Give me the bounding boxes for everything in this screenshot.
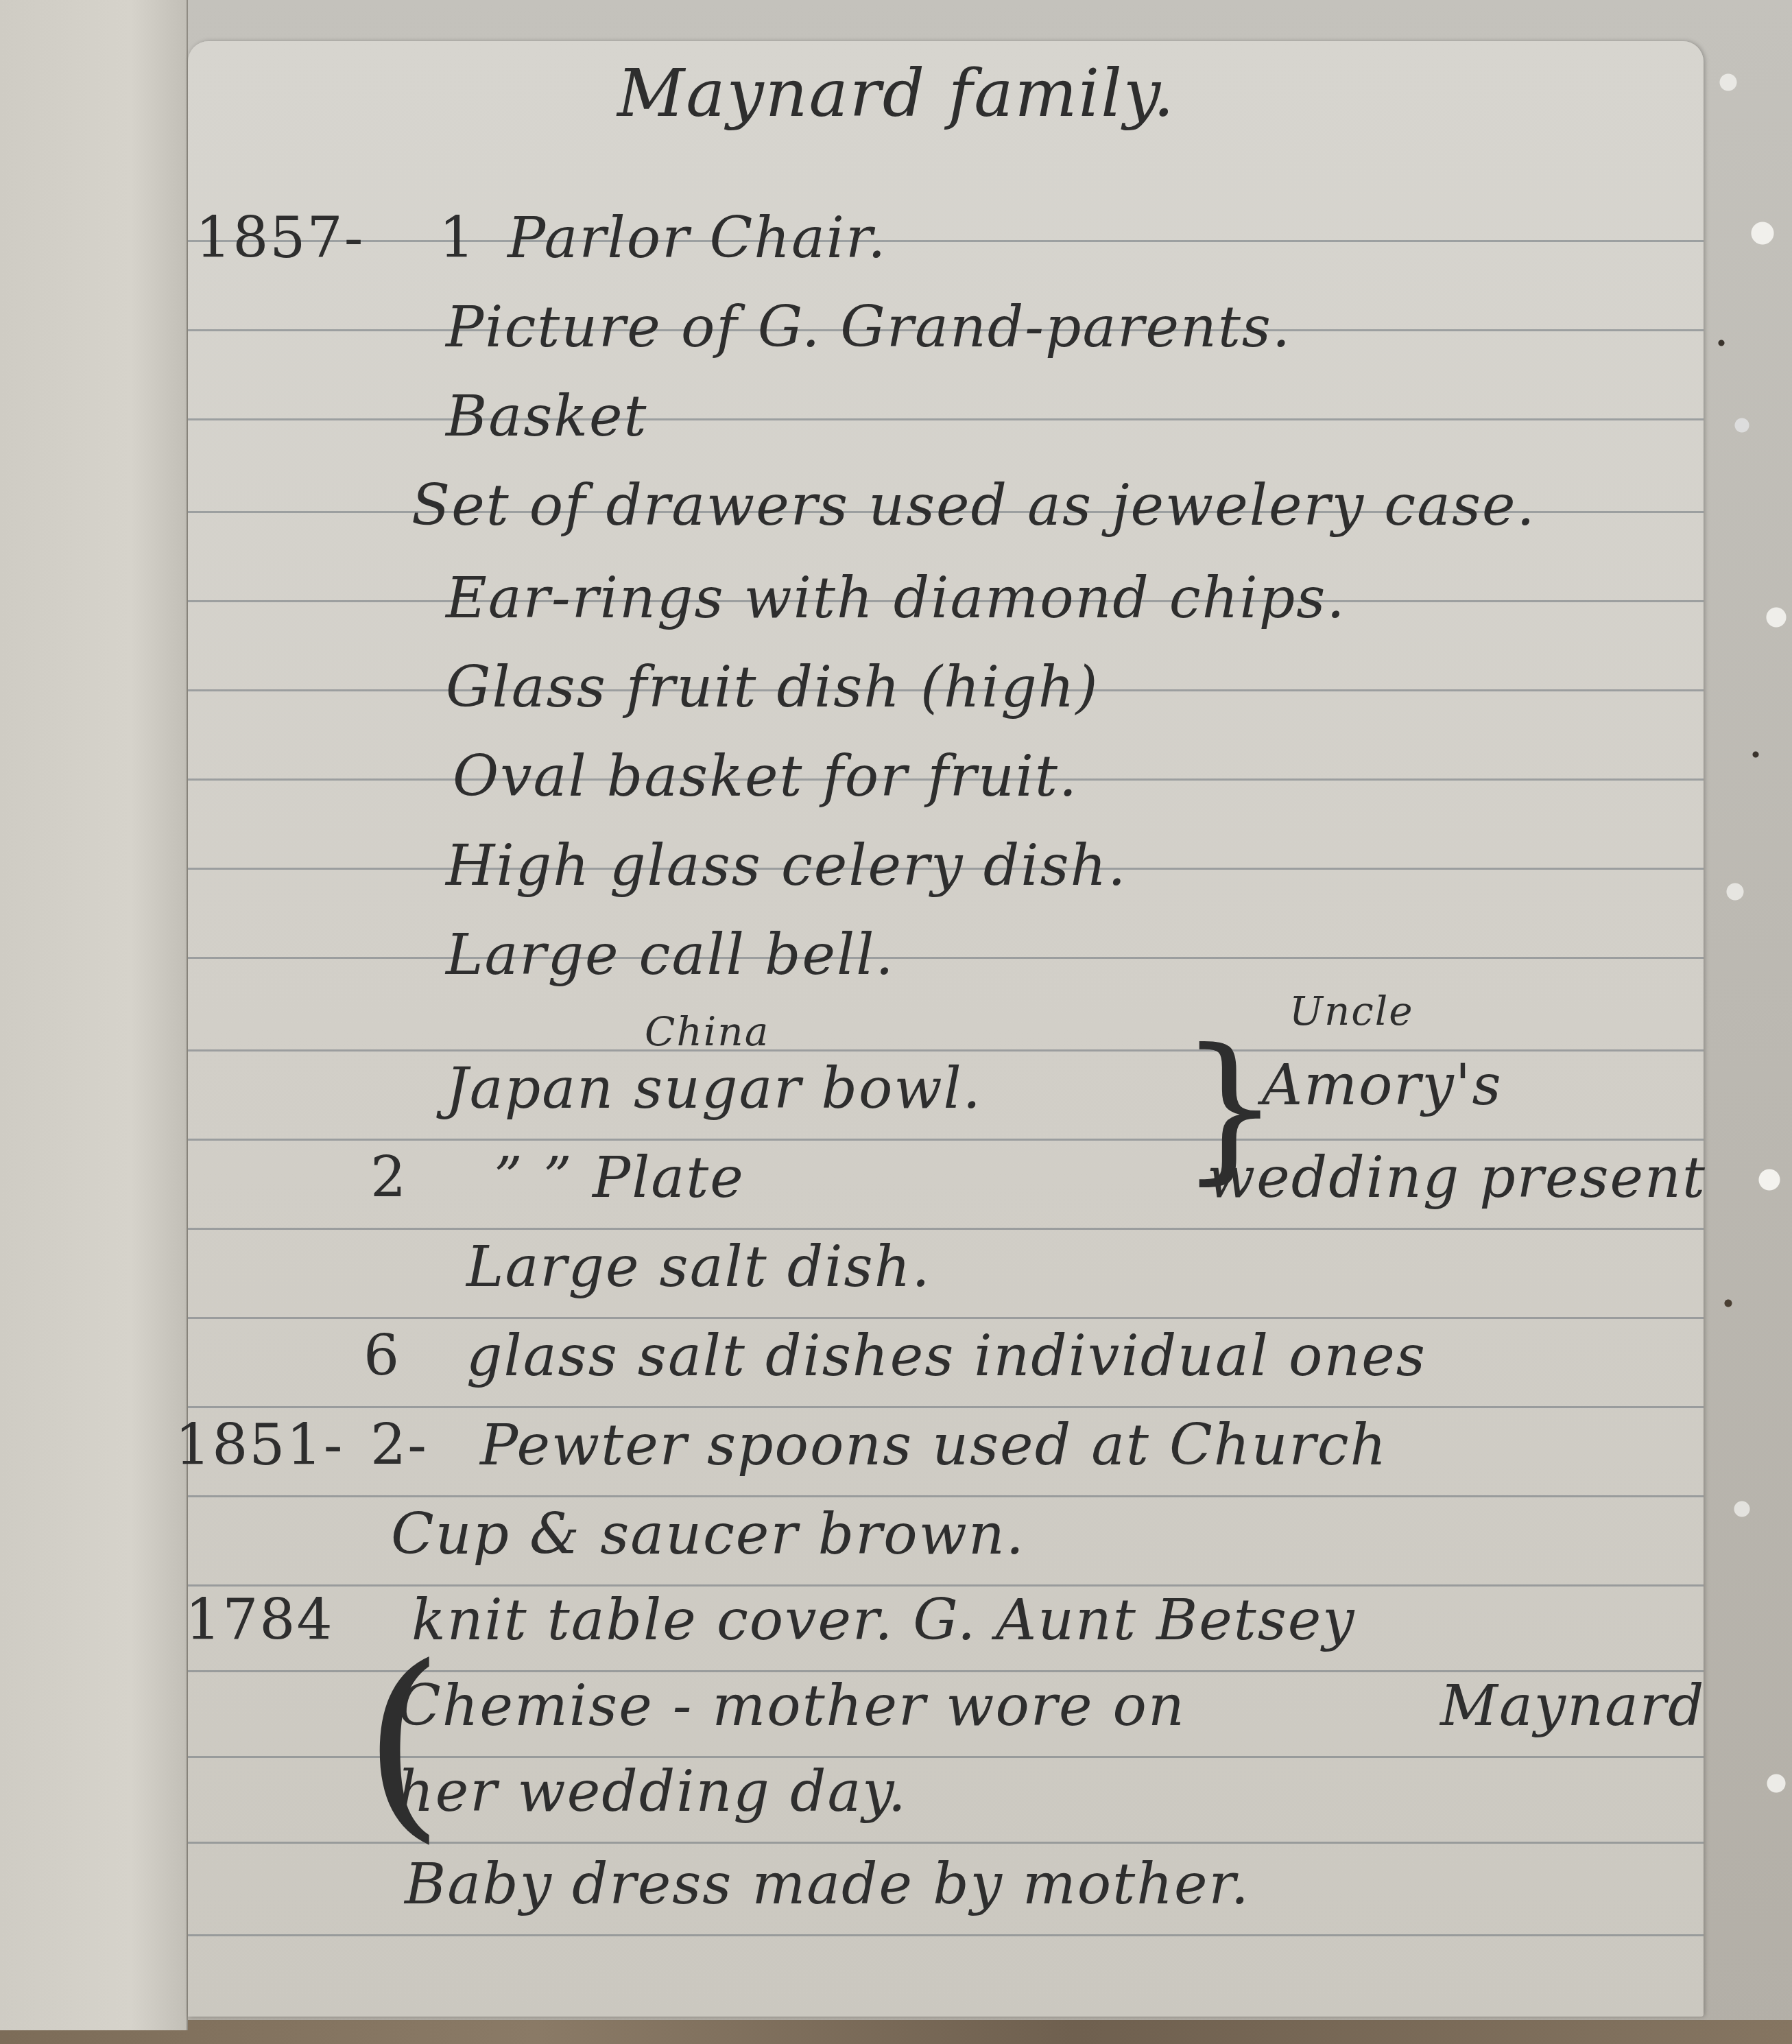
- entry-text: Pewter spoons used at Church: [480, 1413, 1387, 1478]
- ruled-line: [188, 1934, 1704, 1936]
- entry-quantity: 2: [370, 1145, 407, 1211]
- ruled-line: [188, 957, 1704, 959]
- ruled-line: [188, 240, 1704, 242]
- entry-quantity: 2-: [370, 1413, 428, 1478]
- wood-surface: [0, 2020, 1792, 2044]
- entry-text: knit table cover. G. Aunt Betsey: [411, 1588, 1356, 1653]
- entry-text: ” ” Plate: [494, 1145, 745, 1211]
- entry-date: 1784: [185, 1588, 334, 1653]
- ruled-line: [188, 1495, 1704, 1497]
- annotation-wedding-present: wedding present: [1207, 1145, 1706, 1211]
- entry-text: Chemise - mother wore on: [398, 1674, 1186, 1739]
- entry-quantity: 1: [439, 206, 476, 271]
- ruled-line: [188, 1228, 1704, 1230]
- ruled-line: [188, 1584, 1704, 1587]
- ruled-line: [188, 1049, 1704, 1051]
- entry-text: Parlor Chair.: [507, 206, 887, 271]
- entry-text: Japan sugar bowl.: [446, 1056, 982, 1121]
- entry-date: 1851-: [175, 1413, 344, 1478]
- ruled-line: [188, 1317, 1704, 1319]
- ruled-line: [188, 1139, 1704, 1141]
- ruled-line: [188, 1406, 1704, 1408]
- entry-text: Oval basket for fruit.: [453, 744, 1078, 809]
- entry-text: Large call bell.: [446, 923, 895, 988]
- entry-text: Picture of G. Grand-parents.: [446, 295, 1291, 360]
- insertion-text: China: [645, 1008, 769, 1055]
- entry-quantity: 6: [363, 1324, 401, 1389]
- entry-text: Cup & saucer brown.: [391, 1502, 1025, 1567]
- entry-text: Baby dress made by mother.: [405, 1852, 1250, 1917]
- entry-text: Large salt dish.: [466, 1235, 931, 1300]
- page-title: Maynard family.: [617, 55, 1175, 132]
- entry-text: Glass fruit dish (high): [446, 655, 1099, 720]
- left-notebook-page: [0, 0, 188, 2030]
- annotation-maynard: Maynard: [1440, 1674, 1706, 1739]
- entry-text: Basket: [446, 384, 647, 449]
- entry-text: glass salt dishes individual ones: [466, 1324, 1426, 1389]
- entry-date: 1857-: [195, 206, 364, 271]
- ruled-line: [188, 418, 1704, 420]
- annotation-uncle: Uncle: [1289, 988, 1414, 1034]
- entry-text: High glass celery dish.: [446, 833, 1127, 899]
- entry-text: her wedding day.: [398, 1759, 907, 1825]
- entry-text: Ear-rings with diamond chips.: [446, 566, 1346, 631]
- entry-text: Set of drawers used as jewelery case.: [411, 473, 1536, 538]
- annotation-amorys: Amory's: [1262, 1053, 1503, 1118]
